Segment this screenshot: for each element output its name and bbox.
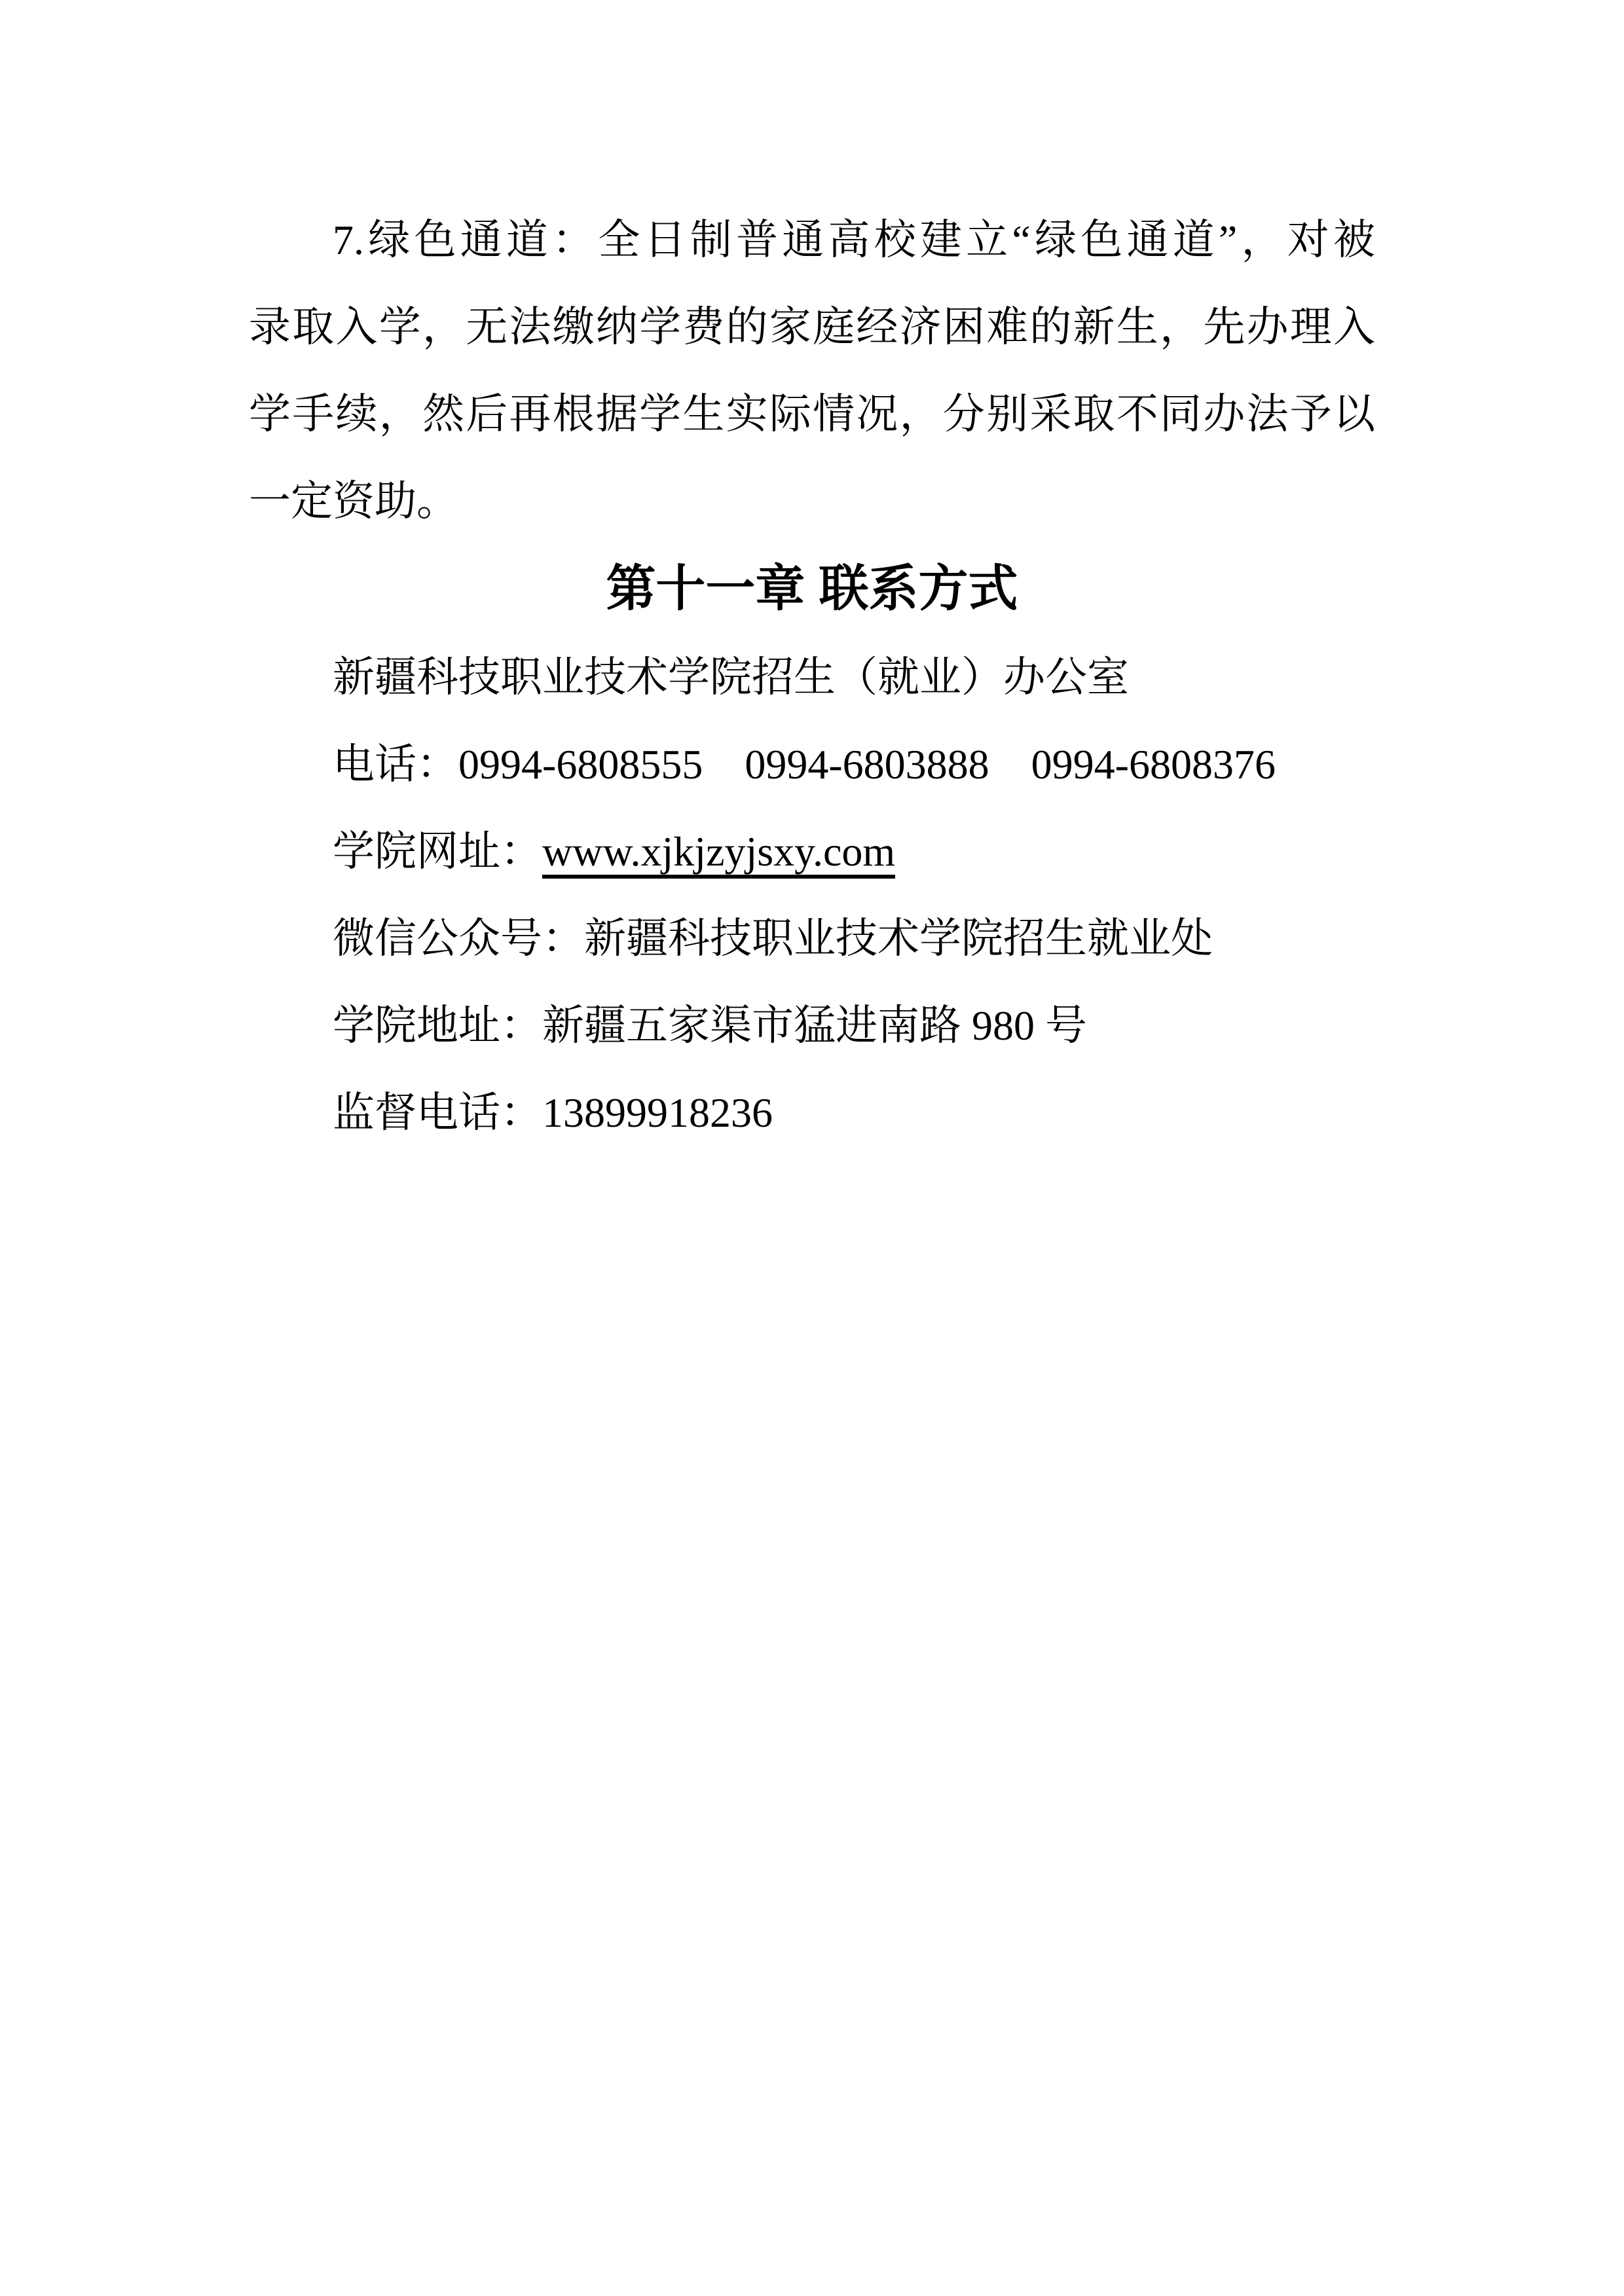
paragraph-line: 7.绿色通道：全日制普通高校建立“绿色通道”，对被 [249,196,1375,283]
contact-supervision-line: 监督电话：13899918236 [249,1069,1375,1156]
paragraph-line: 学手续，然后再根据学生实际情况，分别采取不同办法予以 [249,371,1375,458]
contact-phone-line: 电话：0994-68085550994-68038880994-6808376 [249,721,1375,808]
address-value: 新疆五家渠市猛进南路 980 号 [542,1002,1087,1049]
wechat-account: 新疆科技职业技术学院招生就业处 [584,915,1213,962]
contact-office-line: 新疆科技职业技术学院招生（就业）办公室 [249,634,1375,721]
phone-number: 0994-6808555 [458,741,703,788]
wechat-label: 微信公众号： [333,915,584,962]
supervision-phone: 13899918236 [542,1089,773,1136]
phone-number: 0994-6808376 [1031,741,1276,788]
contact-wechat-line: 微信公众号：新疆科技职业技术学院招生就业处 [249,895,1375,982]
document-page: 7.绿色通道：全日制普通高校建立“绿色通道”，对被 录取入学，无法缴纳学费的家庭… [0,0,1624,2296]
paragraph-line: 一定资助。 [249,458,1375,545]
supervision-label: 监督电话： [333,1089,542,1136]
phone-label: 电话： [333,741,458,788]
phone-number: 0994-6803888 [745,741,989,788]
contact-address-line: 学院地址：新疆五家渠市猛进南路 980 号 [249,982,1375,1069]
website-label: 学院网址： [333,828,542,875]
office-name: 新疆科技职业技术学院招生（就业）办公室 [333,654,1129,701]
document-content: 7.绿色通道：全日制普通高校建立“绿色通道”，对被 录取入学，无法缴纳学费的家庭… [249,196,1375,1156]
website-link[interactable]: www.xjkjzyjsxy.com [542,828,895,879]
address-label: 学院地址： [333,1002,542,1049]
contact-website-line: 学院网址：www.xjkjzyjsxy.com [249,808,1375,895]
chapter-heading: 第十一章 联系方式 [249,545,1375,634]
paragraph-line: 录取入学，无法缴纳学费的家庭经济困难的新生，先办理入 [249,283,1375,371]
